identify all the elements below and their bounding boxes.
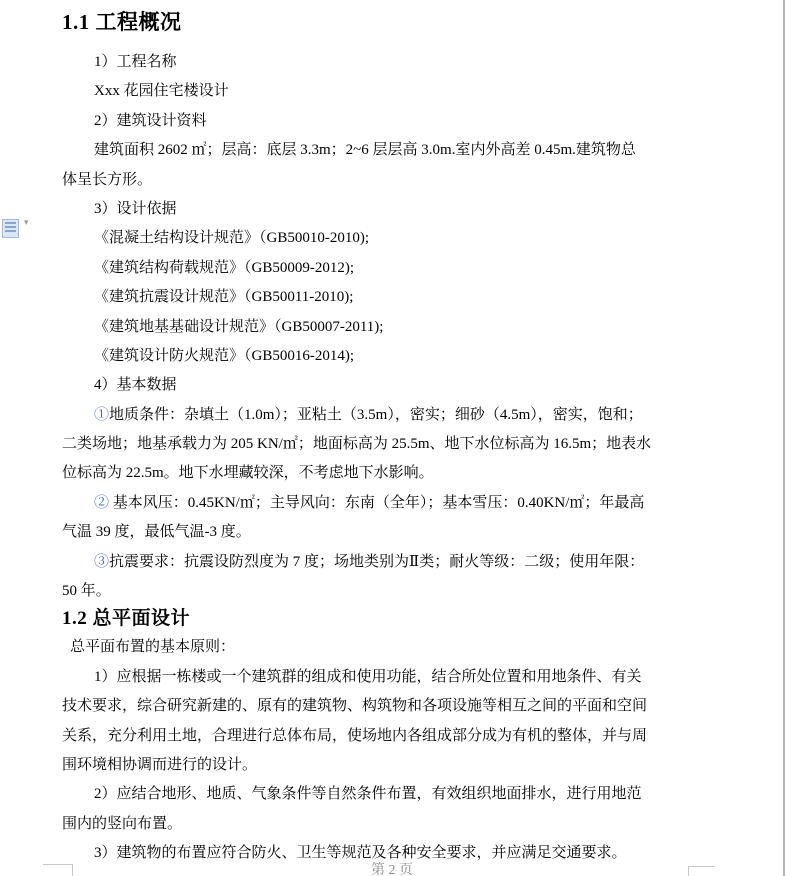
text-line: 围内的竖向布置。 xyxy=(62,810,728,839)
text-line: 《混凝土结构设计规范》（GB50010-2010); xyxy=(62,224,728,253)
line-text: 技术要求，综合研究新建的、原有的建筑物、构筑物和各项设施等相互之间的平面和空间 xyxy=(62,698,647,714)
text-boundary-mark-right xyxy=(688,866,715,876)
line-text: 3）建筑物的布置应符合防火、卫生等规范及各种安全要求，并应满足交通要求。 xyxy=(94,845,627,861)
text-line: 50 年。 xyxy=(62,577,728,606)
line-text: 2）建筑设计资料 xyxy=(94,113,207,129)
text-line: ② 基本风压：0.45KN/㎡；主导风向：东南（全年）；基本雪压：0.40KN/… xyxy=(62,489,728,518)
text-line: ①地质条件：杂填土（1.0m）；亚粘土（3.5m），密实；细砂（4.5m），密实… xyxy=(62,401,728,430)
section-heading-1-2: 1.2 总平面设计 xyxy=(62,606,728,633)
line-text: 《建筑设计防火规范》（GB50016-2014); xyxy=(94,348,354,364)
paste-options-icon[interactable]: ▾ xyxy=(2,219,36,239)
text-line: ③抗震要求：抗震设防烈度为 7 度；场地类别为Ⅱ类；耐火等级：二级；使用年限： xyxy=(62,548,728,577)
text-line: 总平面布置的基本原则： xyxy=(62,633,728,662)
circled-number-3: ③ xyxy=(94,554,109,570)
line-text: 建筑面积 2602 ㎡；层高：底层 3.3m；2~6 层层高 3.0m.室内外高… xyxy=(94,142,636,158)
line-text: 地质条件：杂填土（1.0m）；亚粘土（3.5m），密实；细砂（4.5m），密实，… xyxy=(109,407,643,423)
text-line: 《建筑结构荷载规范》（GB50009-2012); xyxy=(62,254,728,283)
page-number-footer: 第 2 页 xyxy=(62,863,722,876)
line-text: 1）应根据一栋楼或一个建筑群的组成和使用功能，结合所处位置和用地条件、有关 xyxy=(94,669,642,685)
text-line: 技术要求，综合研究新建的、原有的建筑物、构筑物和各项设施等相互之间的平面和空间 xyxy=(62,692,728,721)
line-text: 二类场地；地基承载力为 205 KN/㎡；地面标高为 25.5m、地下水位标高为… xyxy=(62,436,651,452)
text-line: 3）设计依据 xyxy=(62,195,728,224)
text-line: 4）基本数据 xyxy=(62,371,728,400)
text-line: 2）应结合地形、地质、气象条件等自然条件布置，有效组织地面排水，进行用地范 xyxy=(62,780,728,809)
text-line: Xxx 花园住宅楼设计 xyxy=(62,77,728,106)
text-line: 体呈长方形。 xyxy=(62,166,728,195)
line-text: 《建筑结构荷载规范》（GB50009-2012); xyxy=(94,260,354,276)
line-text: 总平面布置的基本原则： xyxy=(70,639,235,655)
text-line: 《建筑设计防火规范》（GB50016-2014); xyxy=(62,342,728,371)
line-text: 关系，充分利用土地，合理进行总体布局，使场地内各组成部分成为有机的整体，并与周 xyxy=(62,728,647,744)
section-heading-1-1: 1.1 工程概况 xyxy=(62,6,728,48)
document-page: 1.1 工程概况 1）工程名称 Xxx 花园住宅楼设计 2）建筑设计资料 建筑面… xyxy=(62,6,728,869)
text-line: 围环境相协调而进行的设计。 xyxy=(62,751,728,780)
line-text: 围内的竖向布置。 xyxy=(62,816,182,832)
dropdown-arrow-icon[interactable]: ▾ xyxy=(24,218,29,228)
line-text: 2）应结合地形、地质、气象条件等自然条件布置，有效组织地面排水，进行用地范 xyxy=(94,786,642,802)
line-text: 50 年。 xyxy=(62,583,111,599)
line-text: Xxx 花园住宅楼设计 xyxy=(94,83,229,99)
line-text: 围环境相协调而进行的设计。 xyxy=(62,757,257,773)
line-text: 1）工程名称 xyxy=(94,54,177,70)
line-text: 《混凝土结构设计规范》（GB50010-2010); xyxy=(94,230,369,246)
text-line: 《建筑抗震设计规范》（GB50011-2010); xyxy=(62,283,728,312)
text-line: 1）工程名称 xyxy=(62,48,728,77)
text-boundary-mark-left xyxy=(43,864,73,876)
text-line: 建筑面积 2602 ㎡；层高：底层 3.3m；2~6 层层高 3.0m.室内外高… xyxy=(62,136,728,165)
line-text: 气温 39 度，最低气温-3 度。 xyxy=(62,524,251,540)
circled-number-1: ① xyxy=(94,407,109,423)
text-line: 位标高为 22.5m。地下水埋藏较深，不考虑地下水影响。 xyxy=(62,459,728,488)
line-text: 3）设计依据 xyxy=(94,201,177,217)
line-text: 位标高为 22.5m。地下水埋藏较深，不考虑地下水影响。 xyxy=(62,465,434,481)
line-text: 《建筑地基基础设计规范》（GB50007-2011); xyxy=(94,319,383,335)
text-line: 《建筑地基基础设计规范》（GB50007-2011); xyxy=(62,313,728,342)
line-text: 基本风压：0.45KN/㎡；主导风向：东南（全年）；基本雪压：0.40KN/㎡；… xyxy=(109,495,644,511)
text-line: 1）应根据一栋楼或一个建筑群的组成和使用功能，结合所处位置和用地条件、有关 xyxy=(62,663,728,692)
text-line: 气温 39 度，最低气温-3 度。 xyxy=(62,518,728,547)
line-text: 抗震要求：抗震设防烈度为 7 度；场地类别为Ⅱ类；耐火等级：二级；使用年限： xyxy=(109,554,644,570)
line-text: 《建筑抗震设计规范》（GB50011-2010); xyxy=(94,289,353,305)
line-text: 体呈长方形。 xyxy=(62,172,152,188)
page-edge-border xyxy=(783,0,785,876)
line-text: 4）基本数据 xyxy=(94,377,177,393)
text-line: 2）建筑设计资料 xyxy=(62,107,728,136)
text-line: 二类场地；地基承载力为 205 KN/㎡；地面标高为 25.5m、地下水位标高为… xyxy=(62,430,728,459)
text-line: 关系，充分利用土地，合理进行总体布局，使场地内各组成部分成为有机的整体，并与周 xyxy=(62,722,728,751)
document-sheet-icon[interactable] xyxy=(2,219,19,238)
circled-number-2: ② xyxy=(94,495,109,511)
